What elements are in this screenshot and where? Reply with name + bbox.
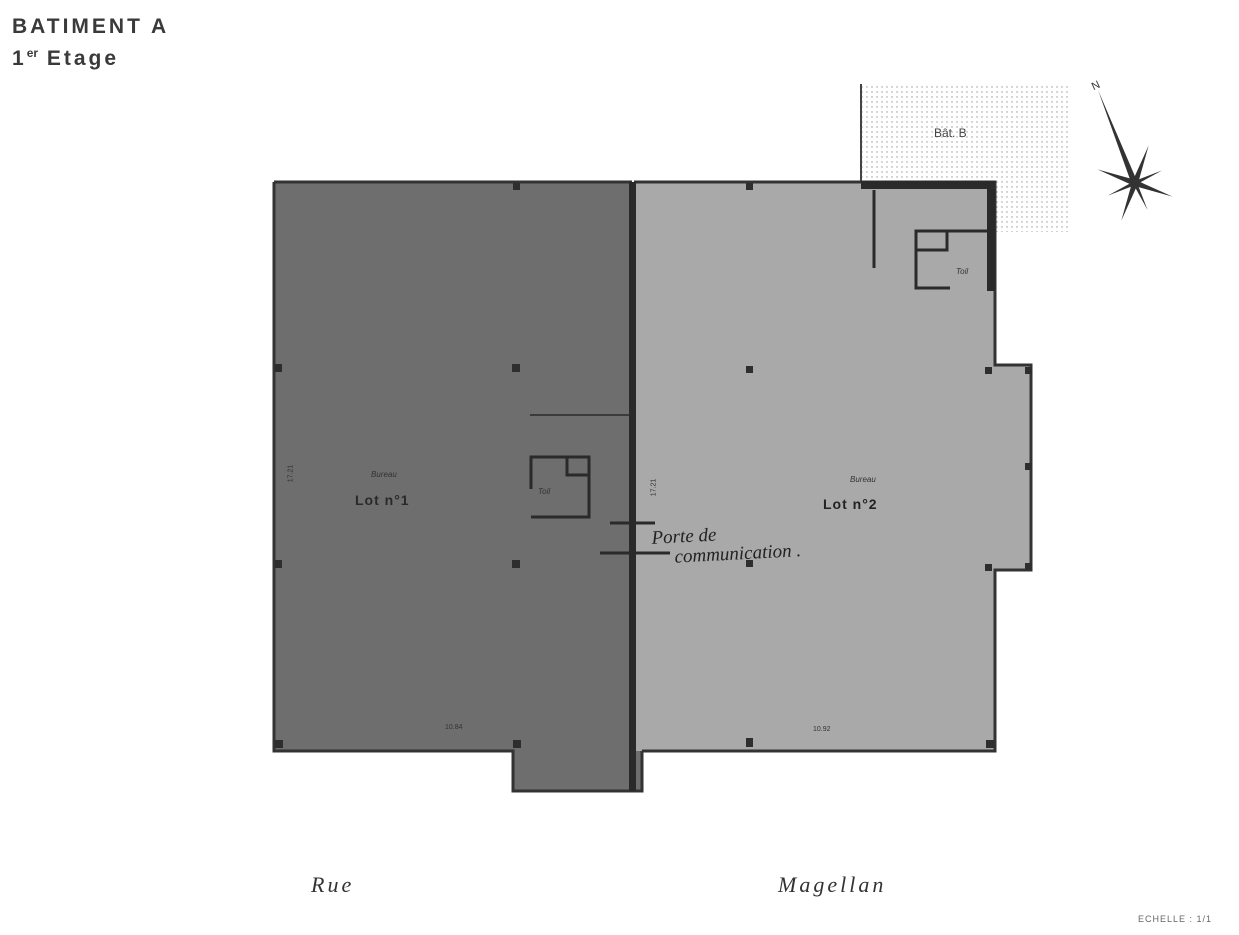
party-wall [629, 182, 636, 791]
scale-label: ECHELLE : 1/1 [1138, 914, 1212, 924]
street-word-2: Magellan [778, 872, 886, 898]
lot-2-depth-dim: 17.21 [650, 479, 657, 497]
lot-1-toilet-label: Toil [538, 487, 550, 496]
building-b-label: Bât. B [934, 126, 967, 140]
street-word-1: Rue [311, 872, 354, 898]
lot-1-usage: Bureau [371, 470, 397, 479]
lot-2-area[interactable] [634, 181, 1031, 751]
door-annotation: Porte de communication . [651, 521, 802, 569]
lot-1-depth-dim: 17.21 [287, 465, 294, 483]
floor-plan [0, 0, 1239, 935]
lot-2-usage: Bureau [850, 475, 876, 484]
lot-1-name: Lot n°1 [355, 492, 410, 508]
lot-1-area[interactable] [274, 182, 642, 791]
lot-2-name: Lot n°2 [823, 496, 878, 512]
lot-1-width-dim: 10.84 [445, 724, 463, 731]
lot-2-width-dim: 10.92 [813, 726, 831, 733]
north-arrow-icon [1096, 90, 1173, 222]
lot-2-toilet-label: Toil [956, 267, 968, 276]
